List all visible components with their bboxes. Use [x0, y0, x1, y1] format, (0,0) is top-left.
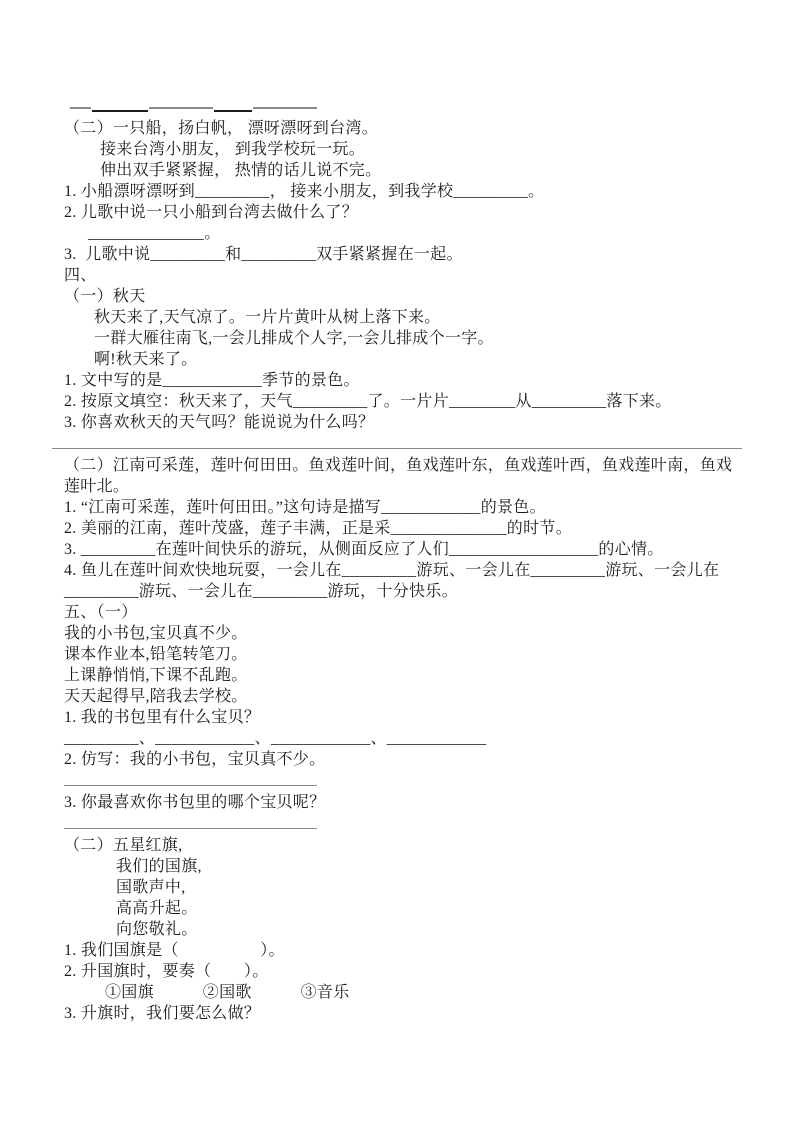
doc-line: 1. 文中写的是____________季节的景色。 [64, 370, 741, 391]
blank-segment [92, 97, 148, 112]
doc-line: 3. 你最喜欢你书包里的哪个宝贝呢？ [64, 792, 741, 813]
blank-segment [214, 97, 252, 112]
doc-line: 1. 小船漂呀漂呀到_________， 接来小朋友，到我学校_________… [64, 181, 741, 202]
doc-line: （一）秋天 [64, 286, 741, 307]
doc-line: ______________。 [88, 223, 741, 244]
doc-line: 我的小书包,宝贝真不少。 [64, 623, 741, 644]
answer-line [64, 813, 317, 829]
answer-rule-line [64, 770, 741, 792]
document-page: （二）一只船，扬白帆， 漂呀漂呀到台湾。接来台湾小朋友， 到我学校玩一玩。伸出双… [0, 0, 793, 1122]
blank-segment [253, 94, 317, 109]
document-content: （二）一只船，扬白帆， 漂呀漂呀到台湾。接来台湾小朋友， 到我学校玩一玩。伸出双… [64, 97, 741, 1024]
doc-line: 3. 儿歌中说_________和_________双手紧紧握在一起。 [64, 244, 741, 265]
answer-rule-line [52, 433, 741, 455]
doc-line: 3. 升旗时，我们要怎么做？ [64, 1003, 741, 1024]
doc-line: 3. _________在莲叶间快乐的游玩，从侧面反应了人们__________… [64, 539, 741, 560]
answer-blanks-row [70, 97, 741, 118]
doc-line: 2. 按原文填空：秋天来了，天气_________了。一片片________从_… [64, 391, 741, 412]
doc-line: （二）江南可采莲，莲叶何田田。鱼戏莲叶间，鱼戏莲叶东，鱼戏莲叶西，鱼戏莲叶南，鱼… [64, 455, 741, 497]
doc-line: 向您敬礼。 [116, 919, 741, 940]
doc-line: 高高升起。 [116, 898, 741, 919]
doc-line: 国歌声中, [116, 877, 741, 898]
doc-line: 五、（一） [64, 602, 741, 623]
answer-rule-line [64, 813, 741, 835]
doc-line: _________、____________、____________、____… [64, 728, 741, 749]
doc-line: 1. 我们国旗是（ ）。 [64, 940, 741, 961]
doc-line: 四、 [64, 265, 741, 286]
doc-line: 接来台湾小朋友， 到我学校玩一玩。 [100, 139, 741, 160]
answer-line [64, 770, 317, 786]
doc-line: （二）一只船，扬白帆， 漂呀漂呀到台湾。 [64, 118, 741, 139]
doc-line: 伸出双手紧紧握， 热情的话儿说不完。 [100, 160, 741, 181]
doc-line: 2. 升国旗时，要奏（ ）。 [64, 961, 741, 982]
doc-line: 我们的国旗, [116, 856, 741, 877]
doc-line: （二）五星红旗, [64, 835, 741, 856]
doc-line: 一群大雁往南飞,一会儿排成个人字,一会儿排成个一字。 [94, 328, 741, 349]
doc-line: 上课静悄悄,下课不乱跑。 [64, 665, 741, 686]
doc-line: 秋天来了,天气凉了。一片片黄叶从树上落下来。 [94, 307, 741, 328]
doc-line: 啊!秋天来了。 [94, 349, 741, 370]
doc-line: 2. 儿歌中说一只小船到台湾去做什么了？ [64, 202, 741, 223]
answer-line [52, 433, 742, 449]
doc-line: 4. 鱼儿在莲叶间欢快地玩耍，一会儿在_________游玩、一会儿在_____… [64, 560, 741, 602]
doc-line: ①国旗 ②国歌 ③音乐 [105, 982, 741, 1003]
doc-line: 2. 美丽的江南，莲叶茂盛，莲子丰满，正是采______________的时节。 [64, 518, 741, 539]
doc-line: 1. 我的书包里有什么宝贝？ [64, 707, 741, 728]
doc-line: 2. 仿写：我的小书包，宝贝真不少。 [64, 749, 741, 770]
doc-line: 天天起得早,陪我去学校。 [64, 686, 741, 707]
doc-line: 课本作业本,铅笔转笔刀。 [64, 644, 741, 665]
doc-line: 1. “江南可采莲，莲叶何田田。”这句诗是描写____________的景色。 [64, 497, 741, 518]
blank-segment [70, 94, 91, 109]
blank-segment [149, 94, 213, 109]
doc-line: 3. 你喜欢秋天的天气吗？能说说为什么吗？ [64, 412, 741, 433]
